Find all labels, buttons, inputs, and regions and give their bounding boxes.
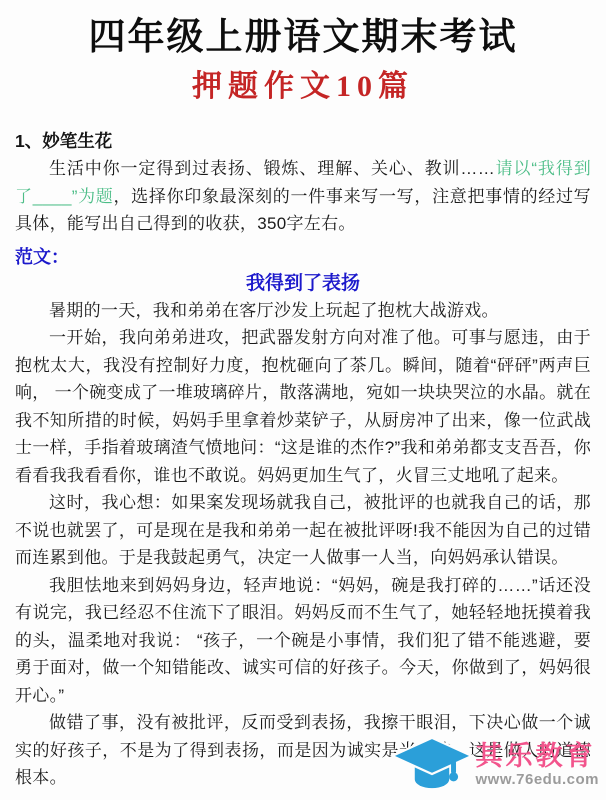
essay-paragraph-2: 一开始，我向弟弟进攻，把武器发射方向对准了他。可事与愿违，由于抱枕太大，我没有控…	[15, 324, 591, 489]
page-subtitle: 押题作文10篇	[15, 68, 591, 106]
publisher-logo: 其乐教育 www.76edu.com	[390, 736, 599, 794]
essay-paragraph-3: 这时，我心想：如果案发现场就我自己，被批评的也就我自己的话，那不说也就罢了，可是…	[15, 489, 591, 572]
assignment-prompt: 生活中你一定得到过表扬、锻炼、理解、关心、教训……请以“我得到了____”为题，…	[15, 155, 591, 238]
graduation-cap-icon	[390, 736, 474, 794]
sample-essay-label: 范文：	[15, 244, 591, 270]
publisher-text-block: 其乐教育 www.76edu.com	[476, 742, 599, 789]
essay-title: 我得到了表扬	[15, 270, 591, 297]
prompt-text-part1: 生活中你一定得到过表扬、锻炼、理解、关心、教训……	[49, 159, 495, 178]
publisher-website: www.76edu.com	[476, 771, 599, 789]
essay-paragraph-1: 暑期的一天，我和弟弟在客厅沙发上玩起了抱枕大战游戏。	[15, 297, 591, 325]
essay-paragraph-4: 我胆怯地来到妈妈身边，轻声地说：“妈妈，碗是我打碎的……”话还没有说完，我已经忍…	[15, 572, 591, 710]
document-page: 四年级上册语文期末考试 押题作文10篇 1、妙笔生花 生活中你一定得到过表扬、锻…	[0, 0, 606, 800]
publisher-name: 其乐教育	[476, 742, 599, 771]
assignment-heading: 1、妙笔生花	[15, 130, 591, 152]
page-title: 四年级上册语文期末考试	[15, 14, 591, 60]
